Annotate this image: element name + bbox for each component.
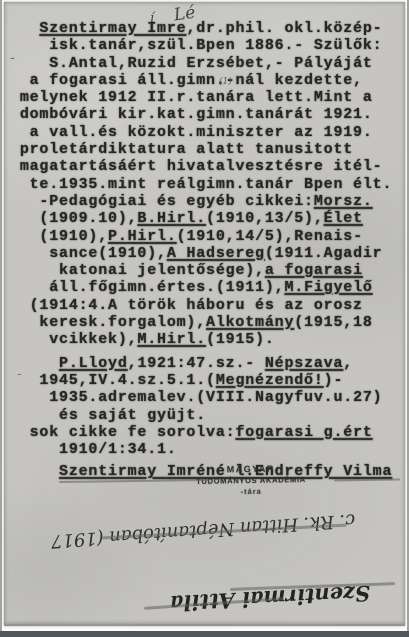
- handwritten-signature-upside-down: Szentirmai Attila: [141, 569, 399, 624]
- pencil-inline-mark: (1): [219, 77, 232, 87]
- photo-left-edge: [0, 0, 2, 637]
- stamp-line: -tára: [188, 485, 314, 498]
- scan-background-strip: [0, 631, 409, 637]
- index-card: Szentirmay Imre,dr.phil. okl.közép- isk.…: [4, 2, 405, 626]
- typed-line: (1914:4.A török háboru és az orosz: [10, 297, 403, 314]
- typed-line: vcikkek),M.Hirl.(1915).: [10, 331, 403, 348]
- pencil-underline: [334, 478, 400, 481]
- typed-line: áll.főgimn.értes.(1911),M.Figyelő: [10, 279, 403, 296]
- scanned-card-photo: Szentirmay Imre,dr.phil. okl.közép- isk.…: [0, 0, 409, 637]
- typed-line: (1910),P.Hirl.(1910,14/5),Renais-: [10, 228, 403, 245]
- typed-text: Szentirmay Imre,dr.phil. okl.közép- isk.…: [10, 20, 403, 481]
- typed-line: -Pedagógiai és egyéb cikkei:Morsz.: [10, 193, 403, 210]
- typed-line: sance(1910),A Hadsereg(1911.Agadir: [10, 245, 403, 262]
- typed-line: P.Lloyd,1921:47.sz.- Népszava,: [10, 355, 403, 372]
- pencil-accent-correction: í: [150, 11, 154, 26]
- typed-line: melynek 1912 II.r.tanára lett.Mint a: [10, 89, 403, 106]
- typed-line: dombóvári kir.kat.gimn.tanárát 1921.: [10, 106, 403, 123]
- typed-line: magatartásáért hivatalvesztésre itél-: [10, 158, 403, 175]
- typed-line: sok cikke fe sorolva:fogarasi g.ért: [10, 424, 403, 441]
- typed-line: a vall.és közokt.miniszter az 1919.: [10, 124, 403, 141]
- typed-line: 1935.adremalev.(VIII.Nagyfuv.u.27): [10, 389, 403, 406]
- typed-line: keresk.forgalom),Alkotmány(1915,18: [10, 314, 403, 331]
- pencil-margin-dash: -: [10, 50, 15, 66]
- typed-line: katonai jelentősége),a fogarasi: [10, 262, 403, 279]
- typed-line: proletárdiktatura alatt tanusitott: [10, 141, 403, 158]
- typed-line: és saját gyüjt.: [10, 407, 403, 424]
- typed-line: 1910/1:34.1.: [10, 441, 403, 458]
- handwritten-note-upside-down: c. Rk. Hittan Néptanítóban (1917: [31, 496, 375, 562]
- typed-line: te.1935.mint reálgimn.tanár Bpen élt.: [10, 176, 403, 193]
- pencil-margin-dash: -: [17, 366, 22, 382]
- typed-line: 1945,IV.4.sz.5.1.(Megnézendő!)-: [10, 372, 403, 389]
- typed-line: a fogarasi áll.gimn.-nál kezdette,: [10, 72, 403, 89]
- pencil-note-top: Lé: [173, 3, 197, 26]
- typed-line: (1909.10),B.Hirl.(1910,13/5),Élet: [10, 210, 403, 227]
- typed-line: Szentirmay Imre,dr.phil. okl.közép-: [10, 20, 403, 37]
- typed-line: S.Antal,Ruzid Erzsébet,- Pályáját: [10, 55, 403, 72]
- typed-line: isk.tanár,szül.Bpen 1886.- Szülők:: [10, 37, 403, 54]
